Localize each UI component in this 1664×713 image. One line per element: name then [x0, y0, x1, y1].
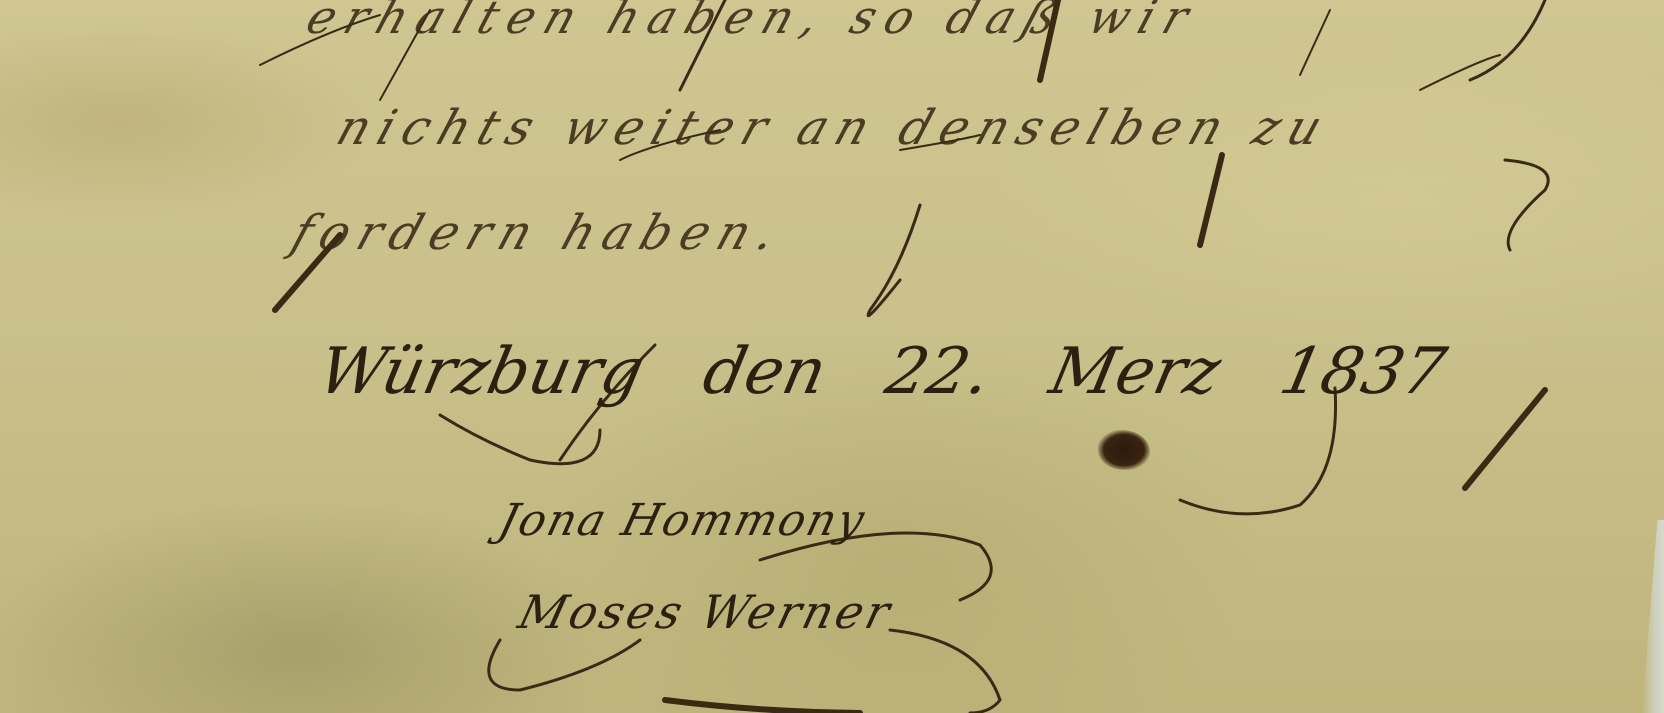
date-day: 22.: [879, 335, 997, 409]
place-and-date: Würzburg den 22. Merz 1837: [312, 335, 1494, 409]
body-line-2: nichts weiter an denselben zu: [330, 100, 1338, 156]
date-year: 1837: [1274, 335, 1453, 409]
body-line-1: erhalten haben, so daß wir: [300, 0, 1205, 44]
date-month: Merz: [1043, 335, 1226, 409]
signature-2: Moses Werner: [513, 585, 898, 639]
place-name: Würzburg: [312, 335, 650, 409]
body-line-3: fordern haben.: [285, 205, 792, 261]
word-den: den: [697, 335, 833, 409]
ink-blot: [1098, 430, 1150, 470]
signature-1: Jona Hommony: [494, 495, 871, 546]
